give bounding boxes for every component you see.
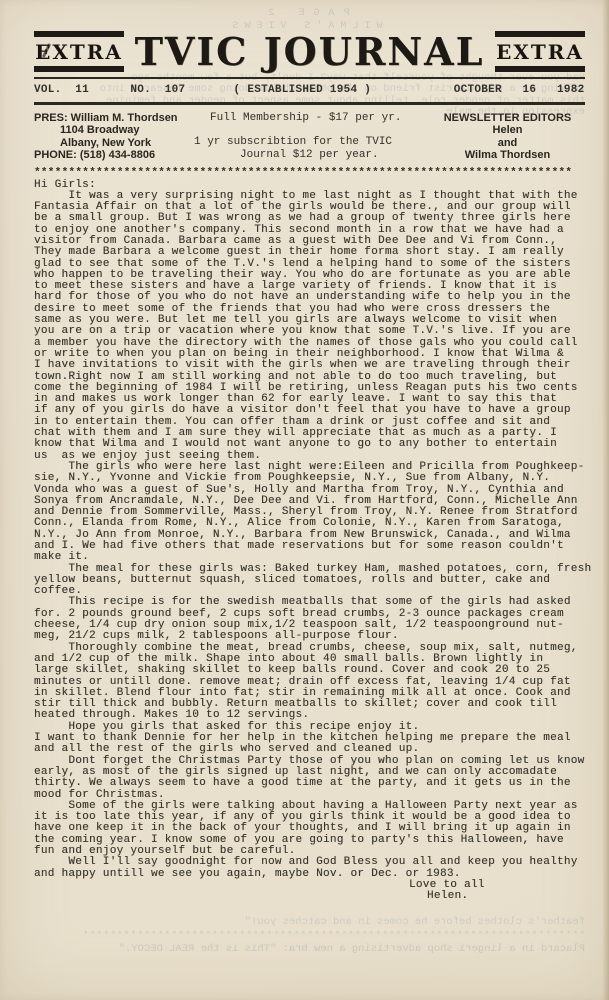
extra-banner-left: EXTRA: [34, 31, 124, 72]
president-city: Albany, New York: [34, 137, 194, 150]
president-name: PRES: William M. Thordsen: [34, 112, 194, 125]
banner-bar-bottom: [34, 66, 124, 72]
paragraph-thanks: I want to thank Dennie for her help in t…: [34, 733, 585, 756]
paragraph-christmas-party: Dont forget the Christmas Party those of…: [34, 756, 585, 801]
masthead: EXTRA TVIC JOURNAL EXTRA: [34, 31, 585, 72]
bleedthrough-bottom-line-1: feather's clothes before he comes in and…: [34, 916, 585, 928]
president-phone: PHONE: (518) 434-8806: [34, 149, 194, 162]
rule-below-volume-line: [34, 102, 585, 105]
masthead-info-row: PRES: William M. Thordsen 1104 Broadway …: [34, 112, 585, 162]
banner-bar-bottom: [495, 66, 585, 72]
editor-name-2: Wilma Thordsen: [430, 149, 585, 162]
editors-and: and: [430, 137, 585, 150]
paragraph-meal: The meal for these girls was: Baked turk…: [34, 564, 585, 598]
paragraph-recipe-ingredients: This recipe is for the swedish meatballs…: [34, 597, 585, 642]
editors-heading: NEWSLETTER EDITORS: [430, 112, 585, 125]
extra-label-left: EXTRA: [34, 37, 124, 66]
president-block: PRES: William M. Thordsen 1104 Broadway …: [34, 112, 194, 162]
subscription-line-2: Journal $12 per year.: [194, 149, 430, 162]
president-street: 1104 Broadway: [34, 124, 194, 137]
bleedthrough-bottom-divider: ****************************************…: [34, 930, 585, 940]
paragraph-fantasia-visitors: It was a very surprising night to me las…: [34, 191, 585, 462]
membership-block: Full Membership - $17 per yr. 1 yr subsc…: [194, 112, 430, 162]
newsletter-title: TVIC JOURNAL: [124, 32, 495, 72]
extra-banner-right: EXTRA: [495, 31, 585, 72]
subscription-line-1: 1 yr subscribtion for the TVIC: [194, 136, 430, 149]
volume-date-line: VOL. 11 NO. 107 ( ESTABLISHED 1954 ) OCT…: [34, 79, 585, 100]
editor-name-1: Helen: [430, 124, 585, 137]
paragraph-goodnight: Well I'll say goodnight for now and God …: [34, 857, 585, 880]
extra-label-right: EXTRA: [495, 37, 585, 66]
bleedthrough-bottom-line-2: Placard in a lingeri shop advertising a …: [34, 943, 585, 955]
paragraph-attendee-list: The girls who were here last night were:…: [34, 462, 585, 564]
paragraph-recipe-directions: Thoroughly combine the meat, bread crumb…: [34, 643, 585, 722]
signoff-helen: Helen.: [427, 891, 585, 902]
paragraph-halloween-party: Some of the girls were talking about hav…: [34, 801, 585, 857]
scan-edge-shadow: [602, 0, 609, 1000]
editors-block: NEWSLETTER EDITORS Helen and Wilma Thord…: [430, 112, 585, 162]
asterisk-divider: ****************************************…: [34, 167, 585, 179]
newsletter-scan-page: PAGE 2 WILMA'S VIEWS Had you ever though…: [0, 0, 609, 1000]
membership-price: Full Membership - $17 per yr.: [194, 112, 430, 125]
page-content: EXTRA TVIC JOURNAL EXTRA VOL. 11 NO. 107…: [34, 0, 585, 903]
letter-body: Hi Girls: It was a very surprising night…: [34, 180, 585, 903]
